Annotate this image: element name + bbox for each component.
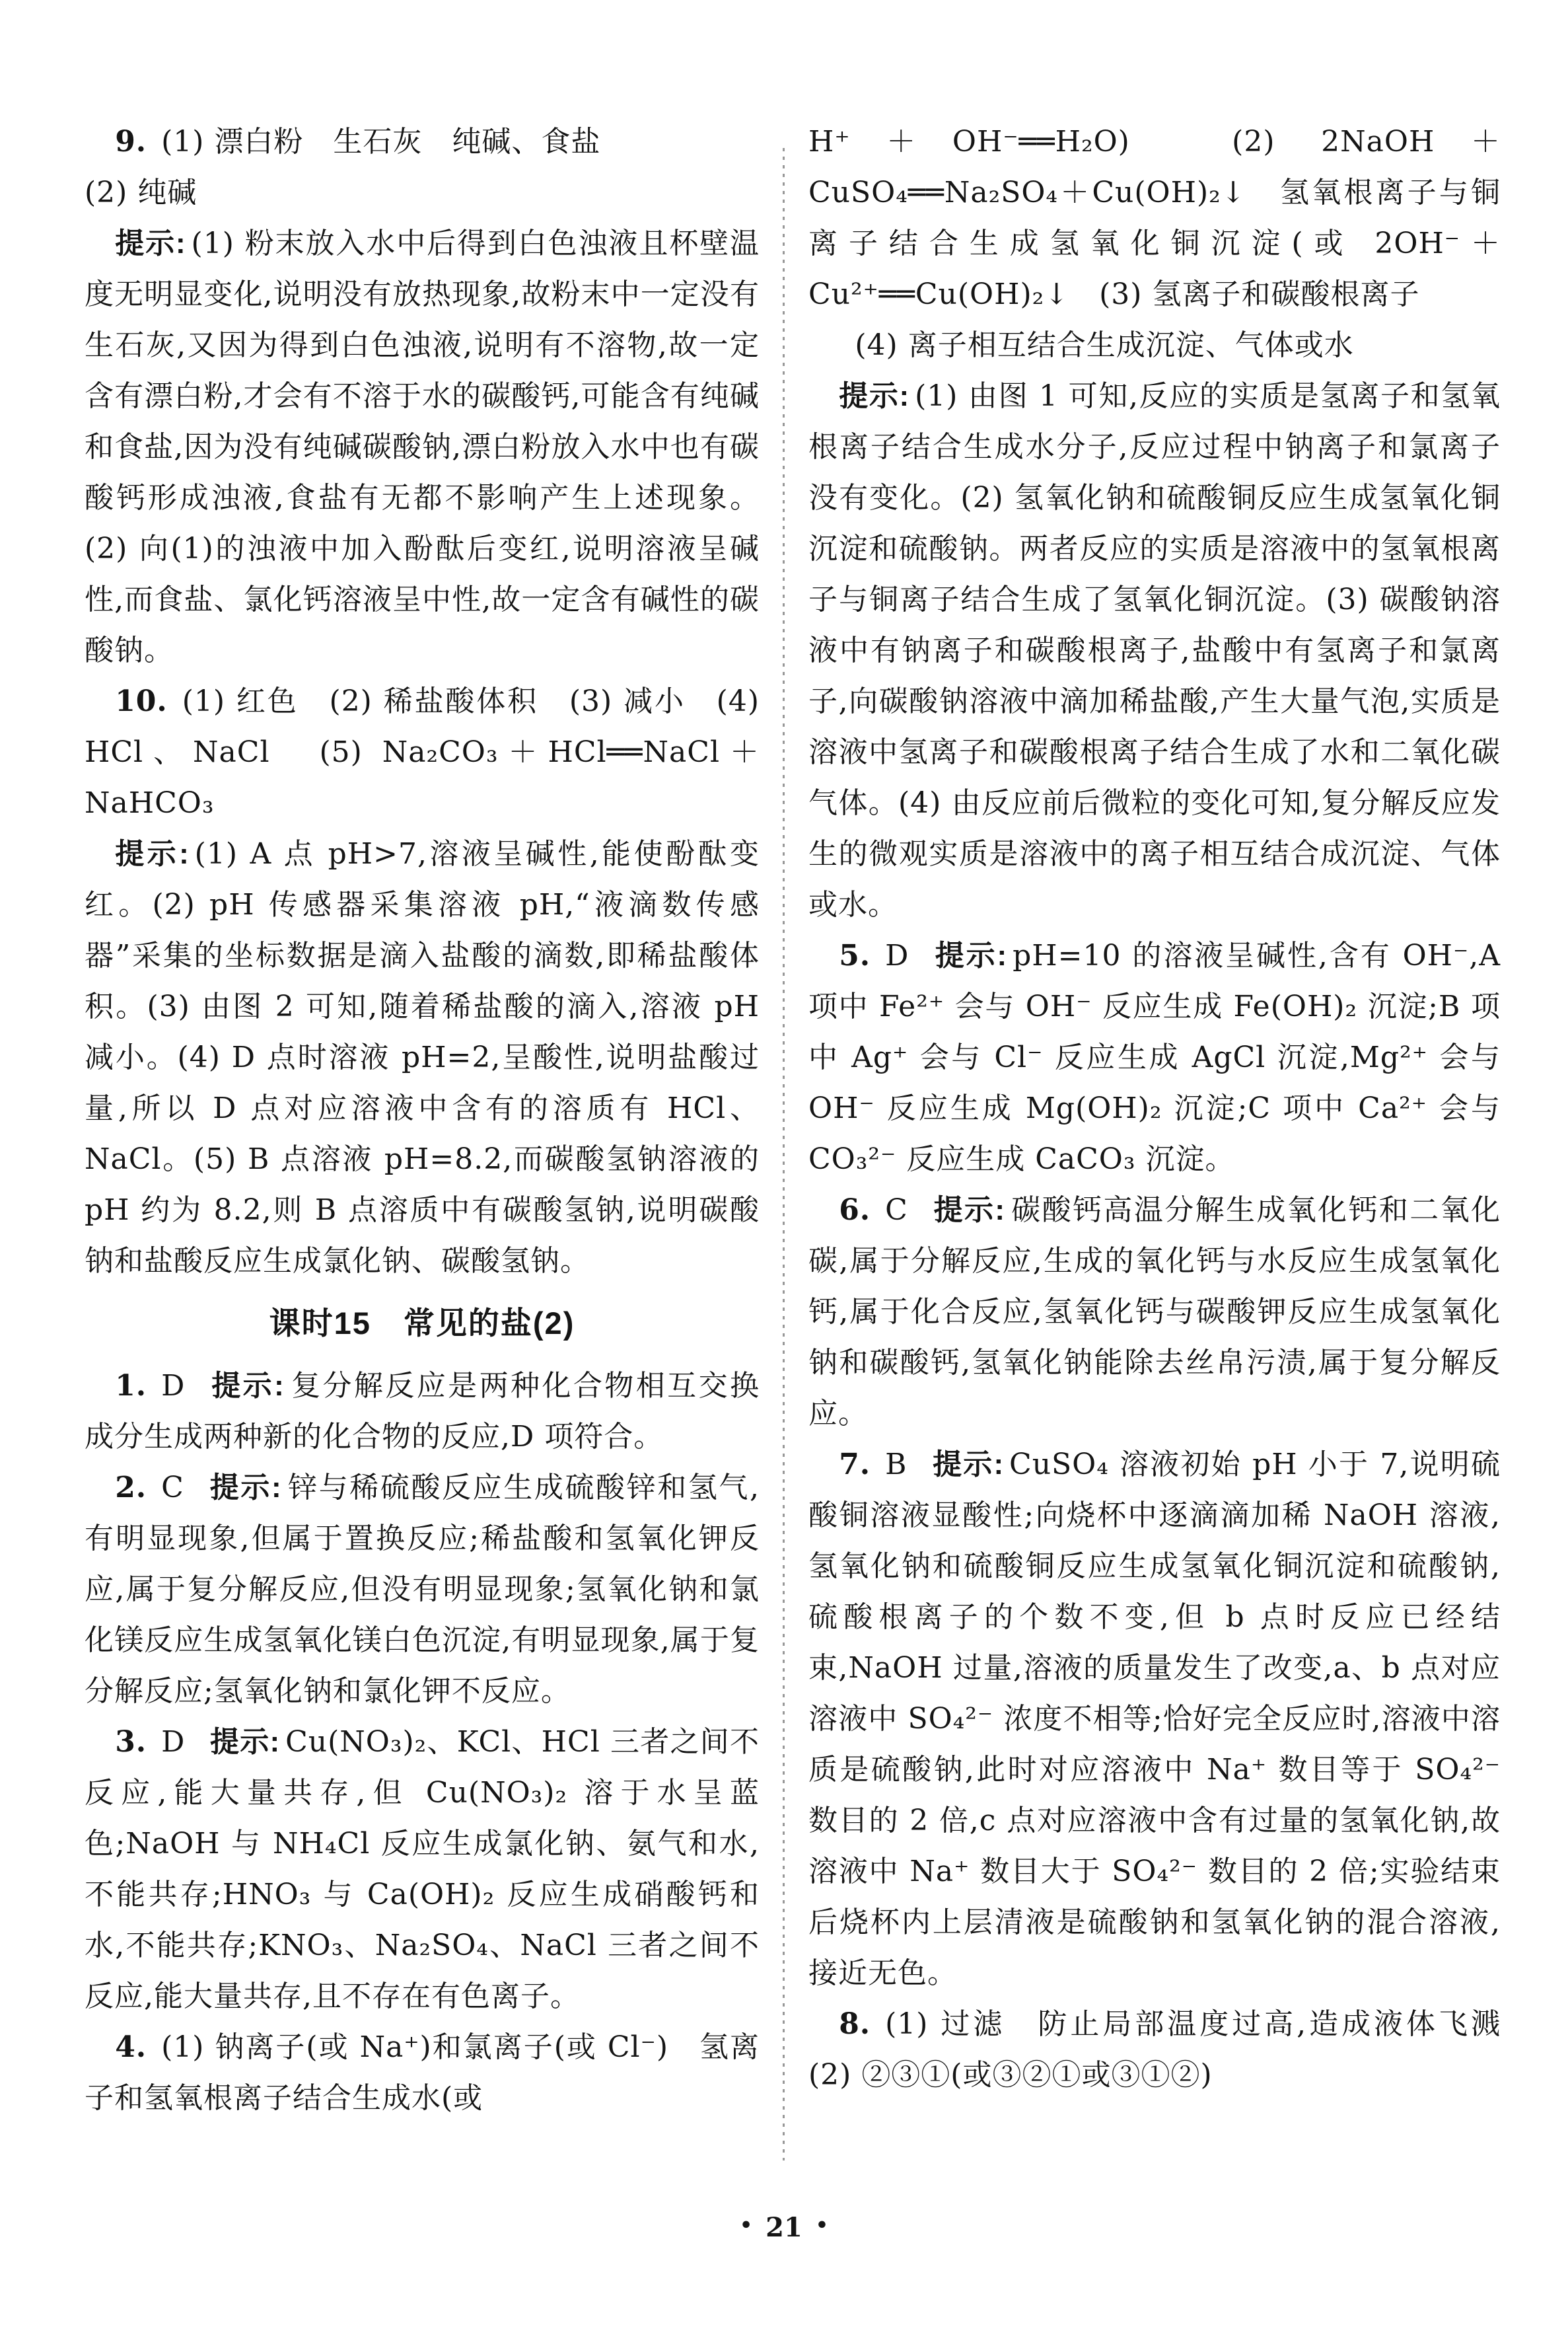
answer-text: (4) 离子相互结合生成沉淀、气体或水	[855, 328, 1353, 362]
hint-label: 提示:	[839, 380, 909, 412]
hint-label: 提示:	[210, 1370, 285, 1402]
answer-letter: D	[161, 1725, 185, 1759]
hint-label: 提示:	[210, 1726, 280, 1758]
hint-text: 复分解反应是两种化合物相互交换成分生成两种新的化合物的反应,D 项符合。	[85, 1369, 760, 1454]
answer-letter: B	[885, 1448, 907, 1481]
right-column: H⁺＋OH⁻══H₂O) (2) 2NaOH＋CuSO₄══Na₂SO₄＋Cu(…	[808, 116, 1501, 2100]
footer-dot-left: •	[740, 2214, 752, 2237]
page-footer: •21•	[0, 2212, 1568, 2243]
answer-item-9: 9.(1) 漂白粉 生石灰 纯碱、食盐	[85, 116, 760, 167]
answer-text: (1) 钠离子(或 Na⁺)和氯离子(或 Cl⁻) 氢离子和氢氧根离子结合生成水…	[85, 2030, 760, 2115]
hint-text: (1) A 点 pH>7,溶液呈碱性,能使酚酞变红。(2) pH 传感器采集溶液…	[85, 837, 760, 1278]
hint-text: Cu(NO₃)₂、KCl、HCl 三者之间不反应,能大量共存,但 Cu(NO₃)…	[85, 1725, 760, 2013]
hint-text: 锌与稀硫酸反应生成硫酸锌和氢气,有明显现象,但属于置换反应;稀盐酸和氢氧化钾反应…	[85, 1471, 760, 1708]
answer-item-4-part-4: (4) 离子相互结合生成沉淀、气体或水	[808, 320, 1501, 371]
answer-item-6: 6.C提示:碳酸钙高温分解生成氧化钙和二氧化碳,属于分解反应,生成的氧化钙与水反…	[808, 1185, 1501, 1439]
item-number: 8.	[839, 2007, 871, 2041]
answer-item-10: 10.(1) 红色 (2) 稀盐酸体积 (3) 减小 (4) HCl、NaCl …	[85, 676, 760, 829]
hint-item-10: 提示:(1) A 点 pH>7,溶液呈碱性,能使酚酞变红。(2) pH 传感器采…	[85, 829, 760, 1286]
hint-text: (1) 由图 1 可知,反应的实质是氢离子和氢氧根离子结合生成水分子,反应过程中…	[808, 379, 1501, 922]
section-heading-lesson-15: 课时15 常见的盐(2)	[85, 1286, 760, 1360]
hint-label: 提示:	[933, 1194, 1005, 1226]
page-number: 21	[766, 2212, 802, 2243]
answer-text: (2) 纯碱	[85, 176, 197, 209]
column-divider	[783, 148, 785, 2160]
answer-item-7: 7.B提示:CuSO₄ 溶液初始 pH 小于 7,说明硫酸铜溶液显酸性;向烧杯中…	[808, 1439, 1501, 1999]
answer-item-1: 1.D提示:复分解反应是两种化合物相互交换成分生成两种新的化合物的反应,D 项符…	[85, 1360, 760, 1462]
hint-item-4: 提示:(1) 由图 1 可知,反应的实质是氢离子和氢氧根离子结合生成水分子,反应…	[808, 371, 1501, 930]
hint-label: 提示:	[209, 1471, 281, 1504]
hint-text: 碳酸钙高温分解生成氧化钙和二氧化碳,属于分解反应,生成的氧化钙与水反应生成氢氧化…	[808, 1193, 1501, 1430]
answer-item-2: 2.C提示:锌与稀硫酸反应生成硫酸锌和氢气,有明显现象,但属于置换反应;稀盐酸和…	[85, 1462, 760, 1716]
item-number: 9.	[115, 125, 147, 159]
footer-dot-right: •	[816, 2214, 828, 2237]
answer-letter: D	[885, 939, 909, 973]
answer-item-5: 5.D提示:pH=10 的溶液呈碱性,含有 OH⁻,A 项中 Fe²⁺ 会与 O…	[808, 930, 1501, 1185]
item-number: 7.	[839, 1448, 871, 1481]
answer-letter: D	[161, 1369, 185, 1403]
item-number: 2.	[115, 1471, 147, 1504]
answer-item-9-continued: (2) 纯碱	[85, 167, 760, 218]
item-number: 5.	[839, 939, 871, 973]
item-number: 3.	[115, 1725, 147, 1759]
item-number: 6.	[839, 1193, 871, 1227]
hint-text: pH=10 的溶液呈碱性,含有 OH⁻,A 项中 Fe²⁺ 会与 OH⁻ 反应生…	[808, 939, 1501, 1176]
answer-text: (1) 红色 (2) 稀盐酸体积 (3) 减小 (4) HCl、NaCl (5)…	[85, 684, 760, 820]
left-column: 9.(1) 漂白粉 生石灰 纯碱、食盐 (2) 纯碱 提示:(1) 粉末放入水中…	[85, 116, 760, 2123]
answer-letter: C	[161, 1471, 184, 1504]
answer-book-page: 9.(1) 漂白粉 生石灰 纯碱、食盐 (2) 纯碱 提示:(1) 粉末放入水中…	[0, 0, 1568, 2325]
answer-text: (1) 漂白粉 生石灰 纯碱、食盐	[161, 125, 600, 159]
answer-item-4: 4.(1) 钠离子(或 Na⁺)和氯离子(或 Cl⁻) 氢离子和氢氧根离子结合生…	[85, 2022, 760, 2123]
answer-item-4-continued: H⁺＋OH⁻══H₂O) (2) 2NaOH＋CuSO₄══Na₂SO₄＋Cu(…	[808, 116, 1501, 320]
item-number: 1.	[115, 1369, 147, 1403]
hint-label: 提示:	[115, 838, 190, 870]
hint-label: 提示:	[115, 227, 186, 260]
answer-text: H⁺＋OH⁻══H₂O) (2) 2NaOH＋CuSO₄══Na₂SO₄＋Cu(…	[808, 125, 1501, 311]
answer-text: (1) 过滤 防止局部温度过高,造成液体飞溅 (2) ②③①(或③②①或③①②)	[808, 2007, 1530, 2092]
answer-item-8: 8.(1) 过滤 防止局部温度过高,造成液体飞溅 (2) ②③①(或③②①或③①…	[808, 1999, 1501, 2100]
hint-item-9: 提示:(1) 粉末放入水中后得到白色浊液且杯壁温度无明显变化,说明没有放热现象,…	[85, 218, 760, 676]
hint-text: (1) 粉末放入水中后得到白色浊液且杯壁温度无明显变化,说明没有放热现象,故粉末…	[85, 227, 760, 667]
item-number: 10.	[115, 684, 168, 718]
hint-label: 提示:	[932, 1448, 1004, 1481]
answer-item-3: 3.D提示:Cu(NO₃)₂、KCl、HCl 三者之间不反应,能大量共存,但 C…	[85, 1716, 760, 2022]
answer-letter: C	[885, 1193, 908, 1227]
item-number: 4.	[115, 2030, 147, 2064]
hint-text: CuSO₄ 溶液初始 pH 小于 7,说明硫酸铜溶液显酸性;向烧杯中逐滴滴加稀 …	[808, 1448, 1501, 1990]
hint-label: 提示:	[934, 940, 1007, 972]
